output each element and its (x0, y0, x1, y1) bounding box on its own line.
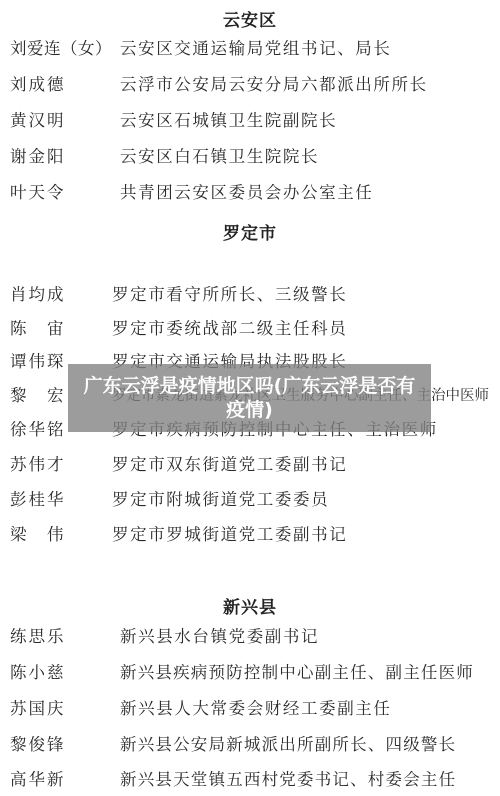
list-item: 刘成德 云浮市公安局云安分局六都派出所所长 (0, 70, 500, 100)
person-position: 罗定市看守所所长、三级警长 (112, 280, 347, 310)
person-position: 新兴县人大常委会财经工委副主任 (120, 694, 392, 724)
person-name: 苏国庆 (10, 694, 66, 724)
person-position: 新兴县天堂镇五西村党委书记、村委会主任 (120, 765, 456, 795)
person-name: 叶天令 (10, 178, 66, 208)
list-item: 练思乐 新兴县水台镇党委副书记 (0, 622, 500, 652)
list-item: 陈小慈 新兴县疾病预防控制中心副主任、副主任医师 (0, 658, 500, 688)
person-position: 云安区白石镇卫生院院长 (120, 142, 319, 172)
person-name: 黎 宏 (10, 381, 66, 411)
person-position: 云浮市公安局云安分局六都派出所所长 (120, 70, 428, 100)
list-item: 肖均成 罗定市看守所所长、三级警长 (0, 280, 500, 310)
person-position: 共青团云安区委员会办公室主任 (120, 178, 373, 208)
person-name: 刘爱连（女） (10, 34, 112, 64)
list-item: 黄汉明 云安区石城镇卫生院副院长 (0, 106, 500, 136)
person-position: 罗定市双东街道党工委副书记 (112, 450, 347, 480)
section-heading: 云安区 (0, 6, 500, 31)
list-item: 叶天令 共青团云安区委员会办公室主任 (0, 178, 500, 208)
list-item: 苏伟才 罗定市双东街道党工委副书记 (0, 450, 500, 480)
person-name: 刘成德 (10, 70, 66, 100)
person-position: 罗定市附城街道党工委委员 (112, 485, 329, 515)
person-name: 谢金阳 (10, 142, 66, 172)
section-heading: 罗定市 (0, 219, 500, 244)
overlay-title: 广东云浮是疫情地区吗(广东云浮是否有疫情) (80, 374, 420, 422)
list-item: 刘爱连（女） 云安区交通运输局党组书记、局长 (0, 34, 500, 64)
list-item: 谢金阳 云安区白石镇卫生院院长 (0, 142, 500, 172)
person-name: 高华新 (10, 765, 66, 795)
section-heading: 新兴县 (0, 593, 500, 618)
person-position: 云安区石城镇卫生院副院长 (120, 106, 337, 136)
list-item: 梁 伟 罗定市罗城街道党工委副书记 (0, 520, 500, 550)
person-name: 梁 伟 (10, 520, 66, 550)
person-name: 陈 宙 (10, 314, 66, 344)
person-position: 云安区交通运输局党组书记、局长 (120, 34, 392, 64)
list-item: 陈 宙 罗定市委统战部二级主任科员 (0, 314, 500, 344)
person-name: 练思乐 (10, 622, 66, 652)
person-position: 罗定市罗城街道党工委副书记 (112, 520, 347, 550)
person-name: 谭伟琛 (10, 347, 66, 377)
title-overlay: 广东云浮是疫情地区吗(广东云浮是否有疫情) (68, 364, 431, 432)
person-name: 陈小慈 (10, 658, 66, 688)
person-name: 黎俊锋 (10, 730, 66, 760)
person-position: 新兴县疾病预防控制中心副主任、副主任医师 (120, 658, 474, 688)
person-position: 新兴县水台镇党委副书记 (120, 622, 319, 652)
person-name: 苏伟才 (10, 450, 66, 480)
list-item: 苏国庆 新兴县人大常委会财经工委副主任 (0, 694, 500, 724)
person-name: 彭桂华 (10, 485, 66, 515)
list-item: 彭桂华 罗定市附城街道党工委委员 (0, 485, 500, 515)
person-name: 肖均成 (10, 280, 66, 310)
person-name: 徐华铭 (10, 415, 66, 445)
person-name: 黄汉明 (10, 106, 66, 136)
person-position: 新兴县公安局新城派出所副所长、四级警长 (120, 730, 456, 760)
list-item: 高华新 新兴县天堂镇五西村党委书记、村委会主任 (0, 765, 500, 795)
person-position: 罗定市委统战部二级主任科员 (112, 314, 347, 344)
list-item: 黎俊锋 新兴县公安局新城派出所副所长、四级警长 (0, 730, 500, 760)
